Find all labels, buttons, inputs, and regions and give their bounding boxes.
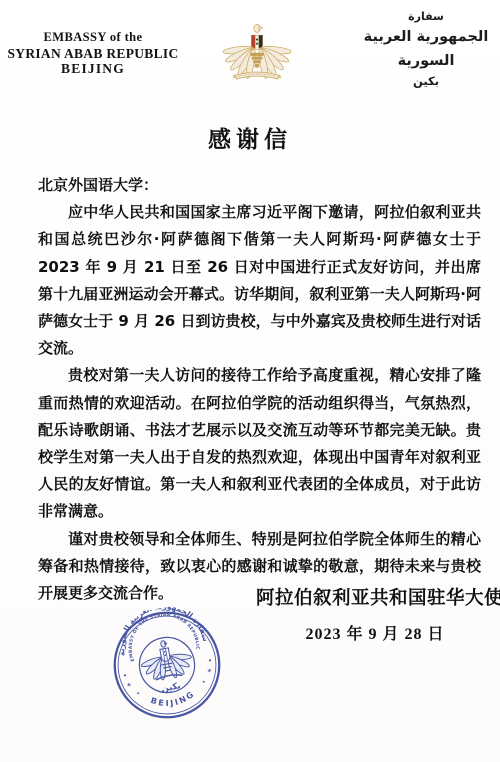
svg-text:✶: ✶ bbox=[126, 681, 133, 690]
embassy-letterhead-english: EMBASSY of the SYRIAN ABAB REPUBLIC BEIJ… bbox=[6, 30, 180, 77]
letter-body: 北京外国语大学： 应中华人民共和国国家主席习近平阁下邀请，阿拉伯叙利亚共和国总统… bbox=[38, 172, 481, 607]
letter-paragraph-1: 应中华人民共和国国家主席习近平阁下邀请，阿拉伯叙利亚共和国总统巴沙尔·阿萨德阁下… bbox=[38, 199, 481, 362]
signature-organization: 阿拉伯叙利亚共和国驻华大使馆 bbox=[256, 584, 494, 610]
letterhead-line-2: SYRIAN ABAB REPUBLIC bbox=[6, 46, 180, 62]
embassy-letterhead-arabic: سفارة الجمهورية العربية السورية بكين bbox=[358, 8, 494, 90]
stamp-eagle-icon bbox=[137, 636, 195, 683]
signature-date: 2023 年 9 月 28 日 bbox=[256, 621, 494, 644]
letterhead-arabic-line-2: الجمهورية العربية السورية bbox=[358, 25, 494, 73]
letter-salutation: 北京外国语大学： bbox=[38, 172, 481, 199]
letterhead-line-3: BEIJING bbox=[6, 61, 180, 77]
svg-text:✶: ✶ bbox=[206, 666, 213, 675]
signature-block: 阿拉伯叙利亚共和国驻华大使馆 2023 年 9 月 28 日 bbox=[256, 584, 494, 644]
letter-paragraph-2: 贵校对第一夫人访问的接待工作给予高度重视，精心安排了隆重而热情的欢迎活动。在阿拉… bbox=[38, 362, 481, 525]
scanned-letter-page: EMBASSY of the SYRIAN ABAB REPUBLIC BEIJ… bbox=[0, 0, 500, 762]
syrian-coat-of-arms-icon bbox=[216, 16, 298, 96]
letterhead-line-1: EMBASSY of the bbox=[6, 30, 180, 46]
embassy-round-stamp: سفارة الجمهورية العربية السورية EMBASSY … bbox=[101, 599, 233, 731]
letterhead-arabic-line-3: بكين bbox=[358, 73, 494, 90]
stamp-arabic-city-text: بكين bbox=[161, 681, 182, 694]
letterhead-arabic-line-1: سفارة bbox=[358, 8, 494, 25]
letter-title: 感谢信 bbox=[0, 121, 500, 154]
